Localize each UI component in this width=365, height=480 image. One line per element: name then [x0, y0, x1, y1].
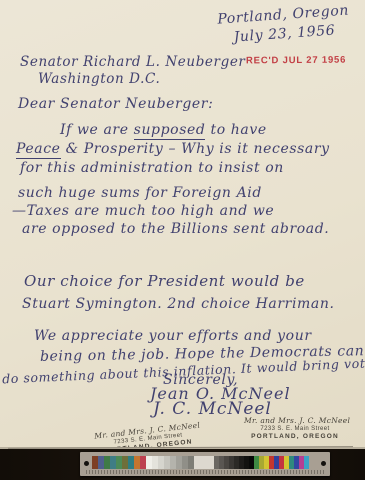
scanned-letter-page: { "letter": { "place_line": "Portland, O… — [0, 0, 365, 480]
stamp-right-name: Mr. and Mrs. J. C. McNeel — [244, 416, 346, 425]
body-line-1-pre: If we are — [60, 122, 134, 138]
stamp-right-street: 7233 S. E. Main Street — [244, 426, 346, 432]
salutation: Dear Senator Neuberger: — [18, 96, 213, 112]
scan-background — [0, 449, 365, 480]
address-stamp-left: Mr. and Mrs. J. C. McNeel 7233 S. E. Mai… — [87, 420, 209, 449]
body-line-2-post: & Prosperity – Why is it necessary — [61, 141, 330, 157]
body-line-1: If we are supposed to have — [60, 122, 267, 138]
body-line-2-underlined: Peace — [16, 141, 61, 159]
body-line-5: —Taxes are much too high and we — [12, 203, 274, 219]
recipient-city: Washington D.C. — [38, 71, 160, 87]
calibration-patch-row — [92, 456, 309, 469]
body-line-9: We appreciate your efforts and your — [34, 328, 312, 344]
body-line-6: are opposed to the Billions sent abroad. — [22, 221, 329, 237]
stamp-right-city: PORTLAND, OREGON — [244, 433, 346, 440]
calibration-bar — [80, 452, 330, 476]
registration-dot-left — [84, 461, 89, 466]
place-date-block: Portland, Oregon July 23, 1956 — [217, 1, 351, 48]
body-line-8: Stuart Symington. 2nd choice Harriman. — [22, 296, 335, 312]
address-stamp-right: Mr. and Mrs. J. C. McNeel 7233 S. E. Mai… — [244, 416, 346, 440]
body-line-7: Our choice for President would be — [24, 272, 305, 290]
body-line-2: Peace & Prosperity – Why is it necessary — [16, 141, 330, 157]
recipient-name: Senator Richard L. Neuberger — [20, 54, 245, 70]
body-line-4: such huge sums for Foreign Aid — [18, 185, 262, 201]
registration-dot-right — [321, 461, 326, 466]
calibration-ruler-ticks — [86, 470, 324, 474]
calibration-patch — [304, 456, 309, 469]
calibration-patch — [194, 456, 214, 469]
body-line-1-underlined: supposed — [134, 122, 206, 140]
body-line-3: for this administration to insist on — [20, 160, 284, 176]
body-line-1-post: to have — [205, 122, 266, 138]
letter-paper: Portland, Oregon July 23, 1956 REC'D JUL… — [0, 0, 365, 449]
received-date-stamp: REC'D JUL 27 1956 — [246, 55, 346, 67]
